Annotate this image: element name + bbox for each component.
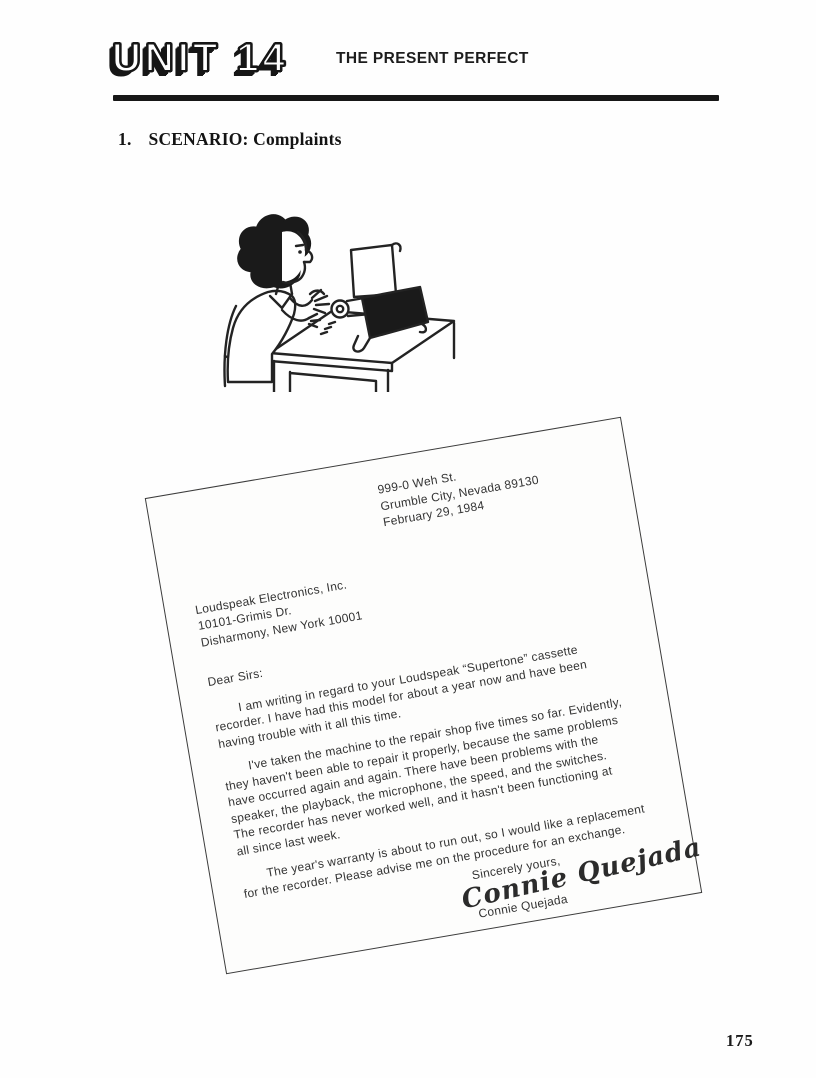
section-number: 1. xyxy=(118,129,132,150)
section-title: SCENARIO: Complaints xyxy=(149,129,342,150)
woman-typing-cartoon-illustration xyxy=(212,202,484,392)
letter-recipient-address: Loudspeak Electronics, Inc. 10101-Grimis… xyxy=(194,529,627,650)
paper-sheet xyxy=(351,245,396,297)
section-heading: 1. SCENARIO: Complaints xyxy=(118,129,342,150)
letter-return-address: 999-0 Weh St. Grumble City, Nevada 89130… xyxy=(376,443,612,531)
header-rule xyxy=(113,95,719,101)
page-number: 175 xyxy=(726,1031,754,1051)
complaint-letter: 999-0 Weh St. Grumble City, Nevada 89130… xyxy=(145,417,702,974)
unit-subtitle: THE PRESENT PERFECT xyxy=(336,50,529,68)
unit-title: UNIT 14 xyxy=(112,36,289,81)
woman-body xyxy=(228,280,296,382)
